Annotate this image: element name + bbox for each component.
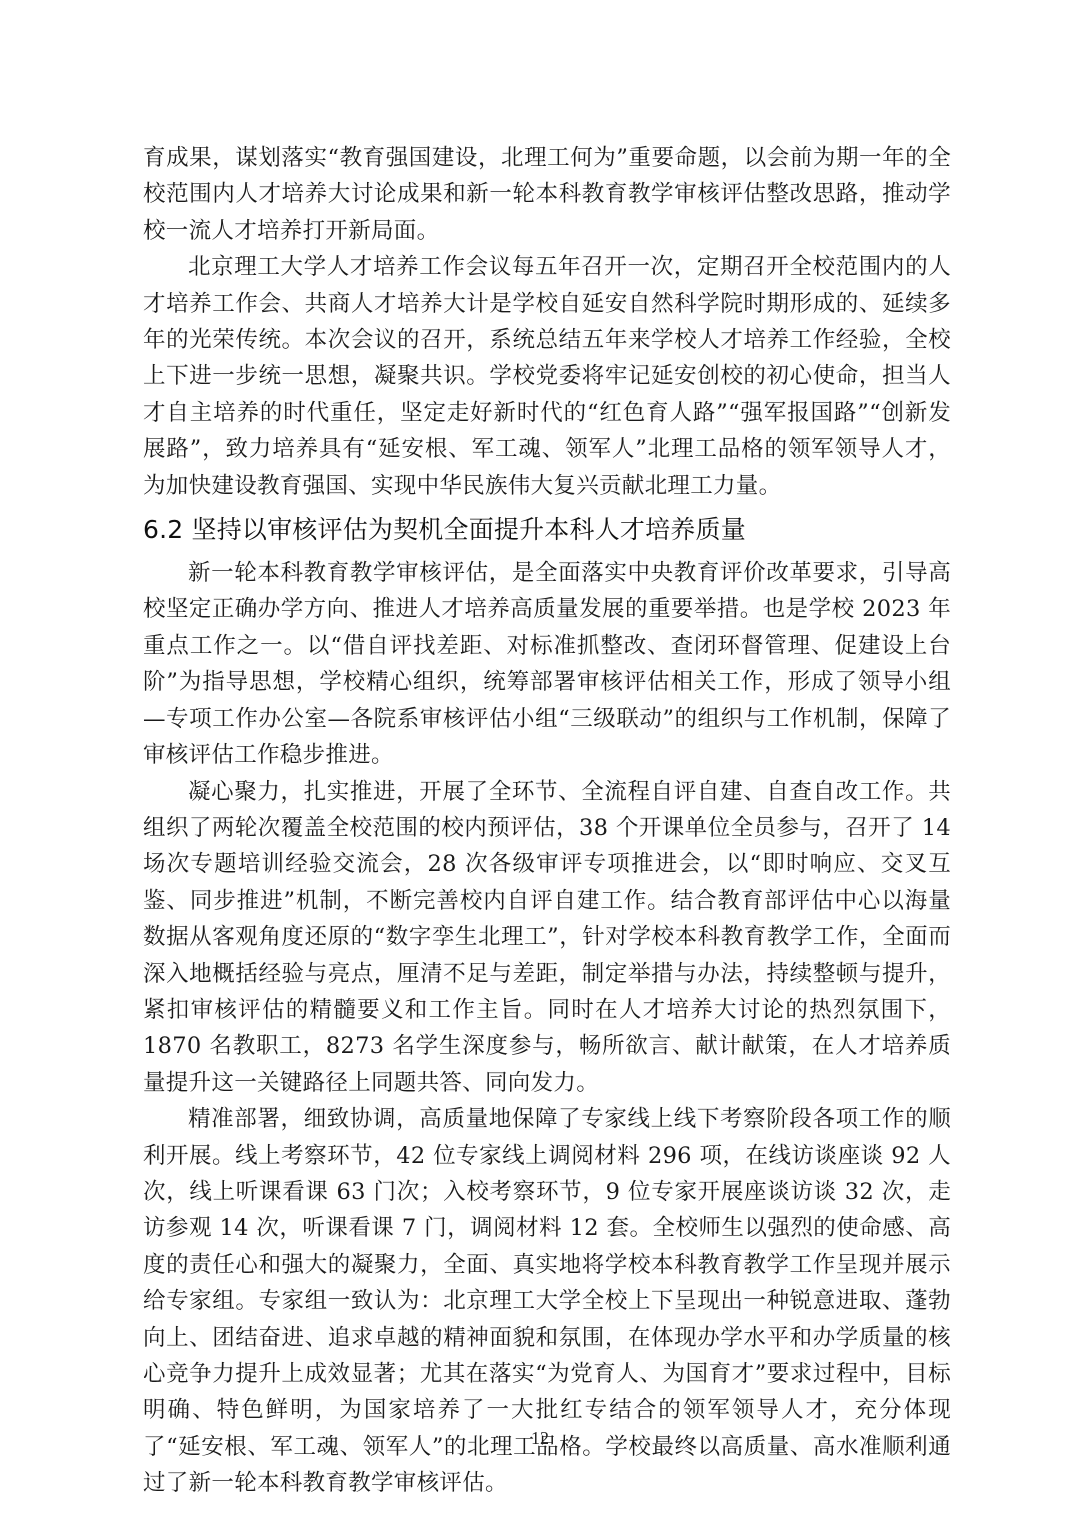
page-number: 12 <box>0 1428 1080 1449</box>
paragraph-audit-assessment: 新一轮本科教育教学审核评估，是全面落实中央教育评价改革要求，引导高校坚定正确办学… <box>143 555 951 773</box>
paragraph-meeting-tradition: 北京理工大学人才培养工作会议每五年召开一次，定期召开全校范围内的人才培养工作会、… <box>143 249 951 504</box>
page-body: 育成果，谋划落实“教育强国建设，北理工何为”重要命题，以会前为期一年的全校范围内… <box>143 140 951 1502</box>
paragraph-continued: 育成果，谋划落实“教育强国建设，北理工何为”重要命题，以会前为期一年的全校范围内… <box>143 140 951 249</box>
paragraph-self-evaluation: 凝心聚力，扎实推进，开展了全环节、全流程自评自建、自查自改工作。共组织了两轮次覆… <box>143 774 951 1102</box>
section-heading: 6.2 坚持以审核评估为契机全面提升本科人才培养质量 <box>143 512 951 548</box>
document-page: 育成果，谋划落实“教育强国建设，北理工何为”重要命题，以会前为期一年的全校范围内… <box>0 0 1080 1527</box>
